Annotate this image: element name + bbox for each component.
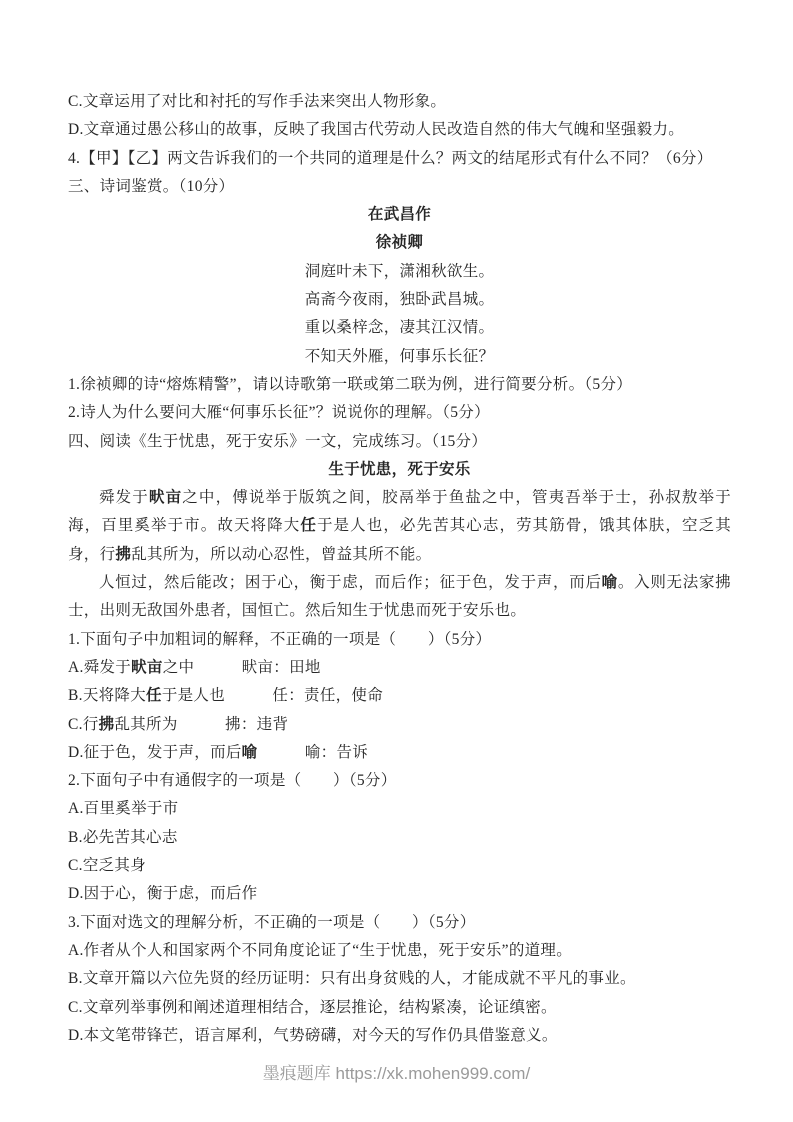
- poem-line-2: 高斋今夜雨，独卧武昌城。: [68, 286, 731, 314]
- q3-stem: 3.下面对选文的理解分析，不正确的一项是（ ）（5分）: [68, 909, 731, 937]
- option-c-line: C.文章运用了对比和衬托的写作手法来突出人物形象。: [68, 88, 731, 116]
- q2-option-a: A.百里奚举于市: [68, 795, 731, 823]
- q2-option-b: B.必先苦其心志: [68, 824, 731, 852]
- essay-title: 生于忧患，死于安乐: [68, 456, 731, 484]
- q3-option-c: C.文章列举事例和阐述道理相结合，逐层推论，结构紧凑，论证缜密。: [68, 994, 731, 1022]
- q2-option-c: C.空乏其身: [68, 852, 731, 880]
- poem-block: 在武昌作 徐祯卿 洞庭叶未下，潇湘秋欲生。 高斋今夜雨，独卧武昌城。 重以桑梓念…: [68, 201, 731, 371]
- essay-paragraph-1: 舜发于畎亩之中，傅说举于版筑之间，胶鬲举于鱼盐之中，管夷吾举于士，孙叔敖举于海，…: [68, 484, 731, 569]
- q1-option-c: C.行拂乱其所为 拂：违背: [68, 711, 731, 739]
- poem-question-1: 1.徐祯卿的诗“熔炼精警”，请以诗歌第一联或第二联为例，进行简要分析。（5分）: [68, 371, 731, 399]
- poem-line-4: 不知天外雁，何事乐长征？: [68, 343, 731, 371]
- q1-option-d: D.征于色，发于声，而后喻 喻：告诉: [68, 739, 731, 767]
- q3-option-d: D.本文笔带锋芒，语言犀利，气势磅礴，对今天的写作仍具借鉴意义。: [68, 1022, 731, 1050]
- option-d-line: D.文章通过愚公移山的故事，反映了我国古代劳动人民改造自然的伟大气魄和坚强毅力。: [68, 116, 731, 144]
- q2-stem: 2.下面句子中有通假字的一项是（ ）（5分）: [68, 767, 731, 795]
- q1-stem: 1.下面句子中加粗词的解释，不正确的一项是（ ）（5分）: [68, 626, 731, 654]
- essay-paragraph-2: 人恒过，然后能改；困于心，衡于虑，而后作；征于色，发于声，而后喻。入则无法家拂士…: [68, 569, 731, 626]
- q1-option-b: B.天将降大任于是人也 任：责任，使命: [68, 682, 731, 710]
- poem-author: 徐祯卿: [68, 229, 731, 257]
- footer-watermark: 墨痕题库 https://xk.mohen999.com/: [0, 1062, 793, 1086]
- exam-page: C.文章运用了对比和衬托的写作手法来突出人物形象。 D.文章通过愚公移山的故事，…: [0, 0, 793, 1122]
- poem-title: 在武昌作: [68, 201, 731, 229]
- q3-option-b: B.文章开篇以六位先贤的经历证明：只有出身贫贱的人，才能成就不平凡的事业。: [68, 965, 731, 993]
- section-3-heading: 三、诗词鉴赏。（10分）: [68, 173, 731, 201]
- q1-option-a: A.舜发于畎亩之中 畎亩：田地: [68, 654, 731, 682]
- question-4-line: 4.【甲】【乙】两文告诉我们的一个共同的道理是什么？两文的结尾形式有什么不同？（…: [68, 145, 731, 173]
- poem-line-1: 洞庭叶未下，潇湘秋欲生。: [68, 258, 731, 286]
- q2-option-d: D.因于心，衡于虑，而后作: [68, 880, 731, 908]
- poem-line-3: 重以桑梓念，凄其江汉情。: [68, 314, 731, 342]
- q3-option-a: A.作者从个人和国家两个不同角度论证了“生于忧患，死于安乐”的道理。: [68, 937, 731, 965]
- section-4-heading: 四、阅读《生于忧患，死于安乐》一文，完成练习。（15分）: [68, 428, 731, 456]
- poem-question-2: 2.诗人为什么要问大雁“何事乐长征”？说说你的理解。（5分）: [68, 399, 731, 427]
